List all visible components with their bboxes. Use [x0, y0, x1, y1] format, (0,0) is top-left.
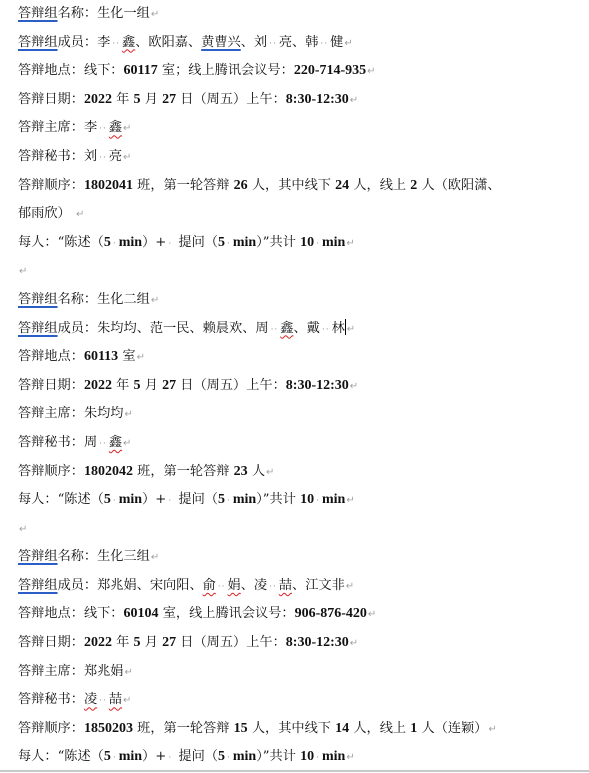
spell-flag[interactable]: 鑫 — [109, 435, 122, 450]
group3-order-line[interactable]: 答辩顺序：1850203 班，第一轮答辩 15 人，其中线下 14 人，线上 1… — [18, 715, 589, 744]
spell-flag[interactable]: 鑫 — [109, 120, 122, 135]
empty-paragraph[interactable]: ↵ — [18, 515, 589, 544]
chair-name: 朱均均 — [84, 406, 124, 421]
field-label: 名称： — [58, 292, 98, 307]
group3-members-line[interactable]: 答辩组成员：郑兆娟、宋向阳、俞··娟、凌··喆、江文非↵ — [18, 572, 589, 601]
member: 周··鑫 — [255, 321, 293, 336]
paragraph-mark-icon: ↵ — [19, 266, 27, 277]
group3-secretary-line[interactable]: 答辩秘书：凌··喆↵ — [18, 686, 589, 715]
group2-chair-line[interactable]: 答辩主席：朱均均↵ — [18, 400, 589, 429]
group1-chair-line[interactable]: 答辩主席：李··鑫↵ — [18, 114, 589, 143]
spell-flag[interactable]: 喆 — [279, 578, 292, 593]
paragraph-mark-icon: ↵ — [266, 467, 274, 478]
paragraph-mark-icon: ↵ — [346, 752, 354, 763]
field-label: 答辩秘书： — [18, 435, 84, 450]
spell-flag[interactable]: 凌 — [84, 692, 97, 707]
field-label: 答辩日期： — [18, 635, 84, 650]
group1-name-line[interactable]: 答辩组名称：生化一组↵ — [18, 0, 589, 29]
member: 郑兆娟 — [97, 578, 137, 593]
group3-name-line[interactable]: 答辩组名称：生化三组↵ — [18, 543, 589, 572]
grammar-flag[interactable]: 答辩组 — [18, 321, 58, 336]
group1-secretary-line[interactable]: 答辩秘书：刘··亮↵ — [18, 143, 589, 172]
field-label: 成员： — [58, 321, 98, 336]
member: 范一民 — [150, 321, 190, 336]
field-label: 成员： — [58, 578, 98, 593]
paragraph-mark-icon: ↵ — [368, 609, 376, 620]
field-label: 答辩秘书： — [18, 149, 84, 164]
group3-location-line[interactable]: 答辩地点：线下：60104 室，线上腾讯会议号：906-876-420↵ — [18, 600, 589, 629]
group2-members-line[interactable]: 答辩组成员：朱均均、范一民、赖晨欢、周··鑫、戴··林↵ — [18, 315, 589, 344]
paragraph-mark-icon: ↵ — [125, 409, 133, 420]
field-label: 答辩地点： — [18, 349, 84, 364]
member: 刘··亮 — [254, 35, 292, 50]
field-label: 答辩主席： — [18, 120, 84, 135]
field-label: 答辩顺序： — [18, 464, 84, 479]
field-label: 每人： — [18, 749, 58, 764]
paragraph-mark-icon: ↵ — [151, 9, 159, 20]
group-name: 生化一组 — [97, 6, 150, 21]
field-label: 每人： — [18, 492, 58, 507]
field-label: 答辩顺序： — [18, 178, 84, 193]
paragraph-mark-icon: ↵ — [344, 38, 352, 49]
member[interactable]: 黄曹兴 — [201, 35, 241, 50]
grammar-flag[interactable]: 答辩组 — [18, 35, 58, 50]
field-label: 成员： — [58, 35, 98, 50]
group2-location-line[interactable]: 答辩地点：60113 室↵ — [18, 343, 589, 372]
paragraph-mark-icon: ↵ — [350, 381, 358, 392]
spell-flag[interactable]: 鑫 — [280, 321, 293, 336]
group1-order-line[interactable]: 答辩顺序：1802041 班，第一轮答辩 26 人，其中线下 24 人，线上 2… — [18, 172, 589, 201]
empty-paragraph[interactable]: ↵ — [18, 257, 589, 286]
group3-chair-line[interactable]: 答辩主席：郑兆娟↵ — [18, 658, 589, 687]
grammar-flag[interactable]: 答辩组 — [18, 292, 58, 307]
grammar-flag[interactable]: 答辩组 — [18, 6, 58, 21]
paragraph-mark-icon: ↵ — [350, 95, 358, 106]
text-cursor — [345, 319, 346, 335]
page-boundary-divider — [0, 770, 589, 772]
field-label: 答辩日期： — [18, 92, 84, 107]
field-label: 名称： — [58, 6, 98, 21]
spell-flag[interactable]: 鑫 — [122, 35, 135, 50]
group1-per-person-line[interactable]: 每人：“陈述（5·min）+· 提问（5·min）”共计 10·min↵ — [18, 229, 589, 258]
member: 宋向阳 — [150, 578, 190, 593]
member: 李··鑫 — [97, 35, 135, 50]
paragraph-mark-icon: ↵ — [123, 438, 131, 449]
group2-date-line[interactable]: 答辩日期：2022 年 5 月 27 日（周五）上午：8:30-12:30↵ — [18, 372, 589, 401]
paragraph-mark-icon: ↵ — [76, 209, 84, 220]
paragraph-mark-icon: ↵ — [123, 123, 131, 134]
paragraph-mark-icon: ↵ — [367, 66, 375, 77]
group1-location-line[interactable]: 答辩地点：线下：60117 室；线上腾讯会议号：220-714-935↵ — [18, 57, 589, 86]
paragraph-mark-icon: ↵ — [488, 724, 496, 735]
paragraph-mark-icon: ↵ — [19, 524, 27, 535]
paragraph-mark-icon: ↵ — [151, 295, 159, 306]
group-name: 生化三组 — [97, 549, 150, 564]
group2-name-line[interactable]: 答辩组名称：生化二组↵ — [18, 286, 589, 315]
field-label: 答辩地点： — [18, 63, 84, 78]
field-label: 答辩主席： — [18, 664, 84, 679]
paragraph-mark-icon: ↵ — [125, 667, 133, 678]
paragraph-mark-icon: ↵ — [350, 638, 358, 649]
spell-flag[interactable]: 喆 — [109, 692, 122, 707]
paragraph-mark-icon: ↵ — [123, 152, 131, 163]
group2-order-line[interactable]: 答辩顺序：1802042 班，第一轮答辩 23 人↵ — [18, 458, 589, 487]
member: 俞··娟 — [203, 578, 241, 593]
grammar-flag[interactable]: 答辩组 — [18, 549, 58, 564]
field-label: 答辩日期： — [18, 378, 84, 393]
group3-date-line[interactable]: 答辩日期：2022 年 5 月 27 日（周五）上午：8:30-12:30↵ — [18, 629, 589, 658]
paragraph-mark-icon: ↵ — [346, 581, 354, 592]
paragraph-mark-icon: ↵ — [346, 238, 354, 249]
member: 江文非 — [305, 578, 345, 593]
grammar-flag[interactable]: 答辩组 — [18, 578, 58, 593]
order-continuation: 郁雨欣） — [18, 206, 71, 221]
paragraph-mark-icon: ↵ — [123, 695, 131, 706]
spell-flag[interactable]: 娟 — [228, 578, 241, 593]
field-label: 答辩地点： — [18, 606, 84, 621]
member: 戴··林 — [307, 321, 345, 336]
paragraph-mark-icon: ↵ — [151, 552, 159, 563]
paragraph-mark-icon: ↵ — [347, 324, 355, 335]
field-label: 答辩秘书： — [18, 692, 84, 707]
field-label: 答辩主席： — [18, 406, 84, 421]
member: 欧阳嘉 — [148, 35, 188, 50]
document-body[interactable]: 答辩组名称：生化一组↵ 答辩组成员：李··鑫、欧阳嘉、黄曹兴、刘··亮、韩··健… — [18, 0, 589, 772]
chair-name: 郑兆娟 — [84, 664, 124, 679]
group2-per-person-line[interactable]: 每人：“陈述（5·min）+· 提问（5·min）”共计 10·min↵ — [18, 486, 589, 515]
field-label: 每人： — [18, 235, 58, 250]
group-name: 生化二组 — [97, 292, 150, 307]
group2-secretary-line[interactable]: 答辩秘书：周··鑫↵ — [18, 429, 589, 458]
member: 朱均均 — [97, 321, 137, 336]
spell-flag[interactable]: 俞 — [203, 578, 216, 593]
group1-order-line-cont[interactable]: 郁雨欣） ↵ — [18, 200, 589, 229]
group3-per-person-line[interactable]: 每人：“陈述（5·min）+· 提问（5·min）”共计 10·min↵ — [18, 743, 589, 772]
group1-date-line[interactable]: 答辩日期：2022 年 5 月 27 日（周五）上午：8:30-12:30↵ — [18, 86, 589, 115]
member: 韩··健 — [305, 35, 343, 50]
group1-members-line[interactable]: 答辩组成员：李··鑫、欧阳嘉、黄曹兴、刘··亮、韩··健↵ — [18, 29, 589, 58]
field-label: 答辩顺序： — [18, 721, 84, 736]
member: 赖晨欢 — [203, 321, 243, 336]
field-label: 名称： — [58, 549, 98, 564]
member: 凌··喆 — [254, 578, 292, 593]
paragraph-mark-icon: ↵ — [346, 495, 354, 506]
paragraph-mark-icon: ↵ — [137, 352, 145, 363]
